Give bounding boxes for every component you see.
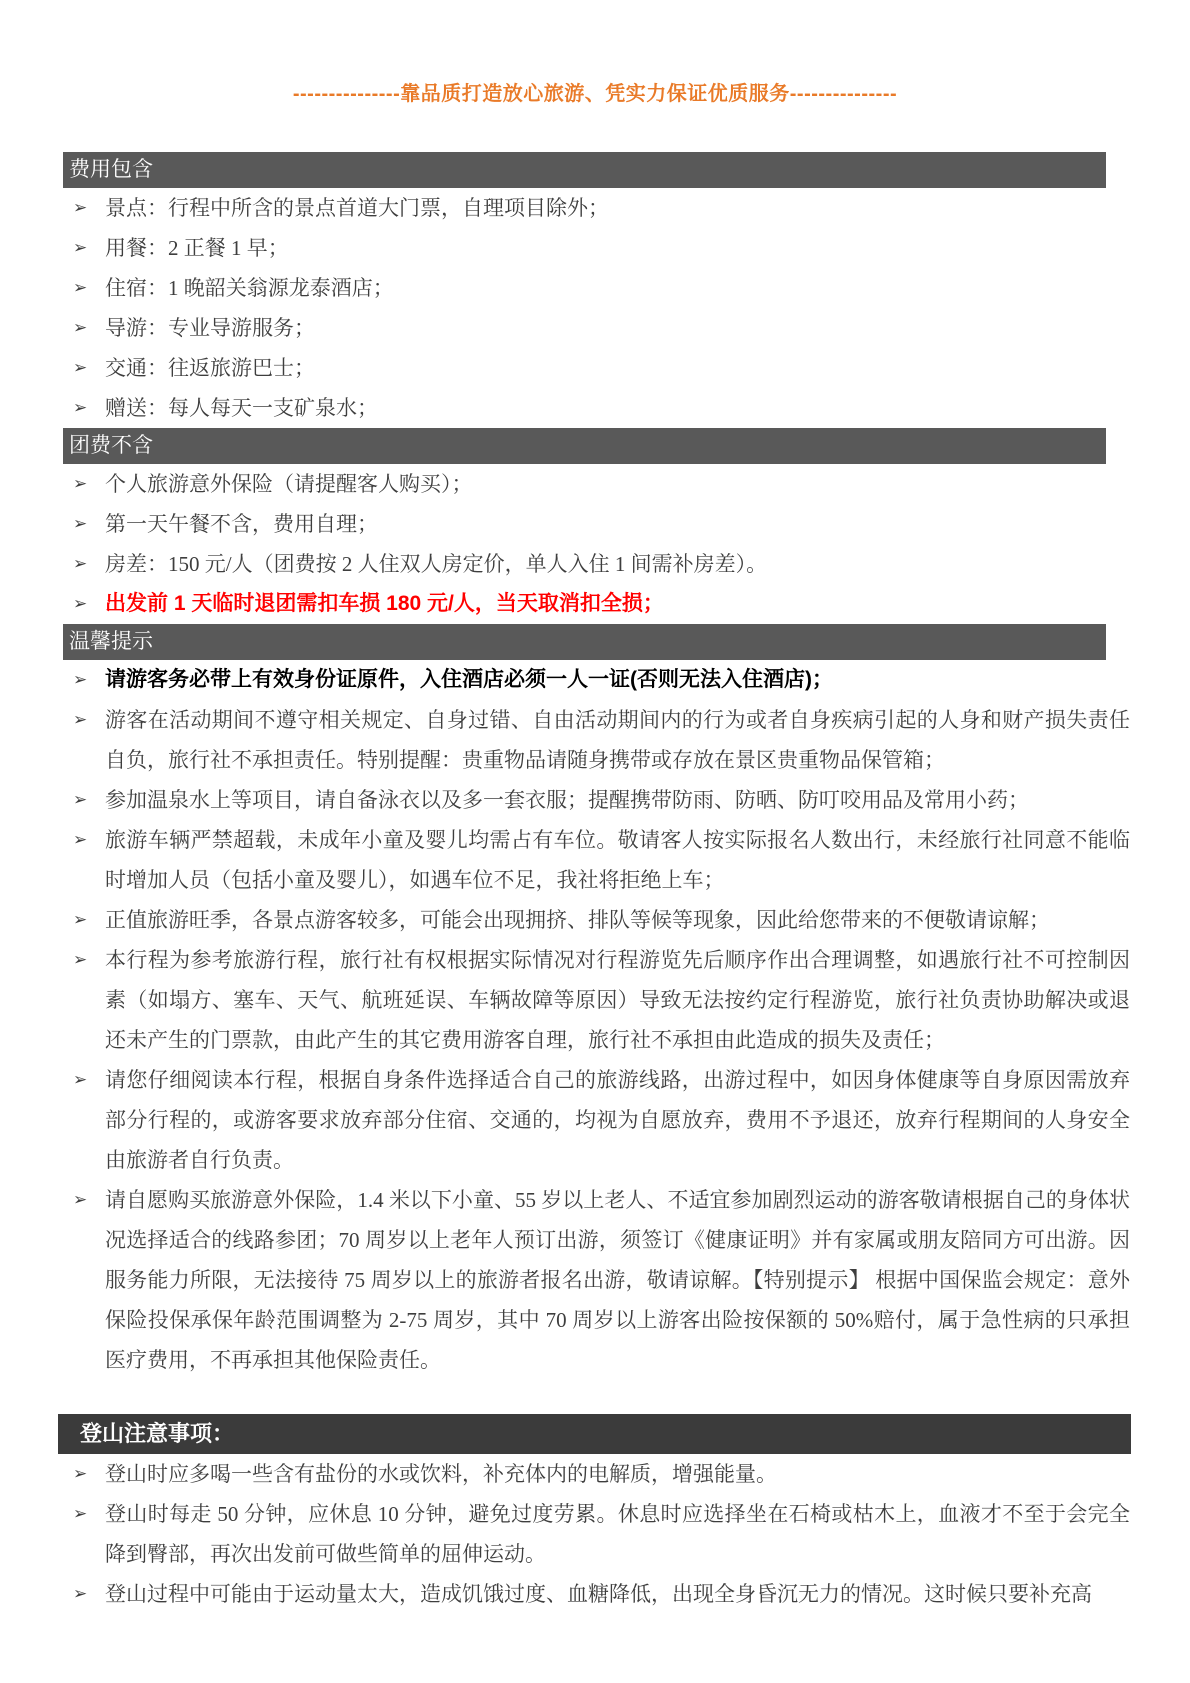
list-item-text: 第一天午餐不含，费用自理； xyxy=(105,512,378,536)
insurance-notice-item: ➢ 请自愿购买旅游意外保险，1.4 米以下小童、55 岁以上老人、不适宜参加剧烈… xyxy=(63,1180,1130,1380)
arrow-bullet-icon: ➢ xyxy=(73,228,87,268)
arrow-bullet-icon: ➢ xyxy=(73,544,87,584)
section-header-fees-included: 费用包含 xyxy=(63,152,1106,188)
fees-excluded-list: ➢ 个人旅游意外保险（请提醒客人购买）； ➢ 第一天午餐不含，费用自理； ➢ 房… xyxy=(63,464,1130,624)
arrow-bullet-icon: ➢ xyxy=(73,900,87,940)
list-item-text: 登山过程中可能由于运动量太大，造成饥饿过度、血糖降低，出现全身昏沉无力的情况。这… xyxy=(105,1582,1092,1606)
list-item-text: 请您仔细阅读本行程，根据自身条件选择适合自己的旅游线路，出游过程中，如因身体健康… xyxy=(105,1068,1130,1172)
arrow-bullet-icon: ➢ xyxy=(73,660,87,700)
list-item-text: 用餐：2 正餐 1 早； xyxy=(105,236,289,260)
section-header-hiking-notes: 登山注意事项： xyxy=(58,1414,1131,1454)
section-header-warm-tips: 温馨提示 xyxy=(63,624,1106,660)
list-item-text: 正值旅游旺季，各景点游客较多，可能会出现拥挤、排队等候等现象，因此给您带来的不便… xyxy=(105,908,1050,932)
arrow-bullet-icon: ➢ xyxy=(73,700,87,740)
arrow-bullet-icon: ➢ xyxy=(73,188,87,228)
list-item: ➢ 住宿：1 晚韶关翁源龙泰酒店； xyxy=(63,268,1130,308)
arrow-bullet-icon: ➢ xyxy=(73,1574,87,1614)
arrow-bullet-icon: ➢ xyxy=(73,780,87,820)
list-item: ➢ 交通：往返旅游巴士； xyxy=(63,348,1130,388)
list-item-text: 登山时应多喝一些含有盐份的水或饮料，补充体内的电解质，增强能量。 xyxy=(105,1462,777,1486)
list-item-text: 旅游车辆严禁超载，未成年小童及婴儿均需占有车位。敬请客人按实际报名人数出行，未经… xyxy=(105,828,1130,892)
list-item: ➢ 景点：行程中所含的景点首道大门票，自理项目除外； xyxy=(63,188,1130,228)
fees-included-list: ➢ 景点：行程中所含的景点首道大门票，自理项目除外； ➢ 用餐：2 正餐 1 早… xyxy=(63,188,1130,428)
list-item-text: 请游客务必带上有效身份证原件，入住酒店必须一人一证(否则无法入住酒店)； xyxy=(105,668,833,691)
hiking-notes-list: ➢ 登山时应多喝一些含有盐份的水或饮料，补充体内的电解质，增强能量。 ➢ 登山时… xyxy=(63,1454,1130,1614)
arrow-bullet-icon: ➢ xyxy=(73,1060,87,1100)
list-item-text: 房差：150 元/人（团费按 2 人住双人房定价，单人入住 1 间需补房差）。 xyxy=(105,552,767,576)
id-card-required-notice: ➢ 请游客务必带上有效身份证原件，入住酒店必须一人一证(否则无法入住酒店)； xyxy=(63,660,1130,700)
arrow-bullet-icon: ➢ xyxy=(73,584,87,624)
arrow-bullet-icon: ➢ xyxy=(73,348,87,388)
list-item-text: 登山时每走 50 分钟，应休息 10 分钟，避免过度劳累。休息时应选择坐在石椅或… xyxy=(105,1502,1130,1566)
list-item-text: 导游：专业导游服务； xyxy=(105,316,315,340)
list-item: ➢ 本行程为参考旅游行程，旅行社有权根据实际情况对行程游览先后顺序作出合理调整，… xyxy=(63,940,1130,1060)
arrow-bullet-icon: ➢ xyxy=(73,820,87,860)
list-item: ➢ 旅游车辆严禁超载，未成年小童及婴儿均需占有车位。敬请客人按实际报名人数出行，… xyxy=(63,820,1130,900)
list-item-text: 住宿：1 晚韶关翁源龙泰酒店； xyxy=(105,276,394,300)
list-item: ➢ 游客在活动期间不遵守相关规定、自身过错、自由活动期间内的行为或者自身疾病引起… xyxy=(63,700,1130,780)
list-item: ➢ 登山时应多喝一些含有盐份的水或饮料，补充体内的电解质，增强能量。 xyxy=(63,1454,1130,1494)
section-header-fees-excluded: 团费不含 xyxy=(63,428,1106,464)
cancellation-penalty-warning: ➢ 出发前 1 天临时退团需扣车损 180 元/人，当天取消扣全损； xyxy=(63,584,1130,624)
warm-tips-list: ➢ 请游客务必带上有效身份证原件，入住酒店必须一人一证(否则无法入住酒店)； ➢… xyxy=(63,660,1130,1380)
list-item: ➢ 参加温泉水上等项目，请自备泳衣以及多一套衣服；提醒携带防雨、防晒、防叮咬用品… xyxy=(63,780,1130,820)
quality-slogan-banner: ---------------靠品质打造放心旅游、凭实力保证优质服务------… xyxy=(0,82,1190,106)
list-item: ➢ 房差：150 元/人（团费按 2 人住双人房定价，单人入住 1 间需补房差）… xyxy=(63,544,1130,584)
arrow-bullet-icon: ➢ xyxy=(73,1494,87,1534)
document-page: ---------------靠品质打造放心旅游、凭实力保证优质服务------… xyxy=(0,0,1190,1683)
list-item-text: 出发前 1 天临时退团需扣车损 180 元/人，当天取消扣全损； xyxy=(105,592,664,615)
list-item: ➢ 个人旅游意外保险（请提醒客人购买）； xyxy=(63,464,1130,504)
list-item: ➢ 导游：专业导游服务； xyxy=(63,308,1130,348)
arrow-bullet-icon: ➢ xyxy=(73,1180,87,1220)
list-item: ➢ 正值旅游旺季，各景点游客较多，可能会出现拥挤、排队等候等现象，因此给您带来的… xyxy=(63,900,1130,940)
list-item-text: 交通：往返旅游巴士； xyxy=(105,356,315,380)
list-item-text: 本行程为参考旅游行程，旅行社有权根据实际情况对行程游览先后顺序作出合理调整，如遇… xyxy=(105,948,1130,1052)
list-item-text: 个人旅游意外保险（请提醒客人购买）； xyxy=(105,472,473,496)
arrow-bullet-icon: ➢ xyxy=(73,388,87,428)
arrow-bullet-icon: ➢ xyxy=(73,940,87,980)
list-item: ➢ 用餐：2 正餐 1 早； xyxy=(63,228,1130,268)
arrow-bullet-icon: ➢ xyxy=(73,464,87,504)
arrow-bullet-icon: ➢ xyxy=(73,1454,87,1494)
list-item: ➢ 登山时每走 50 分钟，应休息 10 分钟，避免过度劳累。休息时应选择坐在石… xyxy=(63,1494,1130,1574)
list-item: ➢ 赠送：每人每天一支矿泉水； xyxy=(63,388,1130,428)
list-item: ➢ 第一天午餐不含，费用自理； xyxy=(63,504,1130,544)
list-item-text: 请自愿购买旅游意外保险，1.4 米以下小童、55 岁以上老人、不适宜参加剧烈运动… xyxy=(105,1188,1130,1372)
list-item-text: 景点：行程中所含的景点首道大门票，自理项目除外； xyxy=(105,196,609,220)
list-item-text: 赠送：每人每天一支矿泉水； xyxy=(105,396,378,420)
arrow-bullet-icon: ➢ xyxy=(73,504,87,544)
document-content: 费用包含 ➢ 景点：行程中所含的景点首道大门票，自理项目除外； ➢ 用餐：2 正… xyxy=(63,152,1130,1614)
arrow-bullet-icon: ➢ xyxy=(73,308,87,348)
arrow-bullet-icon: ➢ xyxy=(73,268,87,308)
list-item-text: 游客在活动期间不遵守相关规定、自身过错、自由活动期间内的行为或者自身疾病引起的人… xyxy=(105,708,1130,772)
list-item: ➢ 登山过程中可能由于运动量太大，造成饥饿过度、血糖降低，出现全身昏沉无力的情况… xyxy=(63,1574,1130,1614)
list-item: ➢ 请您仔细阅读本行程，根据自身条件选择适合自己的旅游线路，出游过程中，如因身体… xyxy=(63,1060,1130,1180)
list-item-text: 参加温泉水上等项目，请自备泳衣以及多一套衣服；提醒携带防雨、防晒、防叮咬用品及常… xyxy=(105,788,1029,812)
